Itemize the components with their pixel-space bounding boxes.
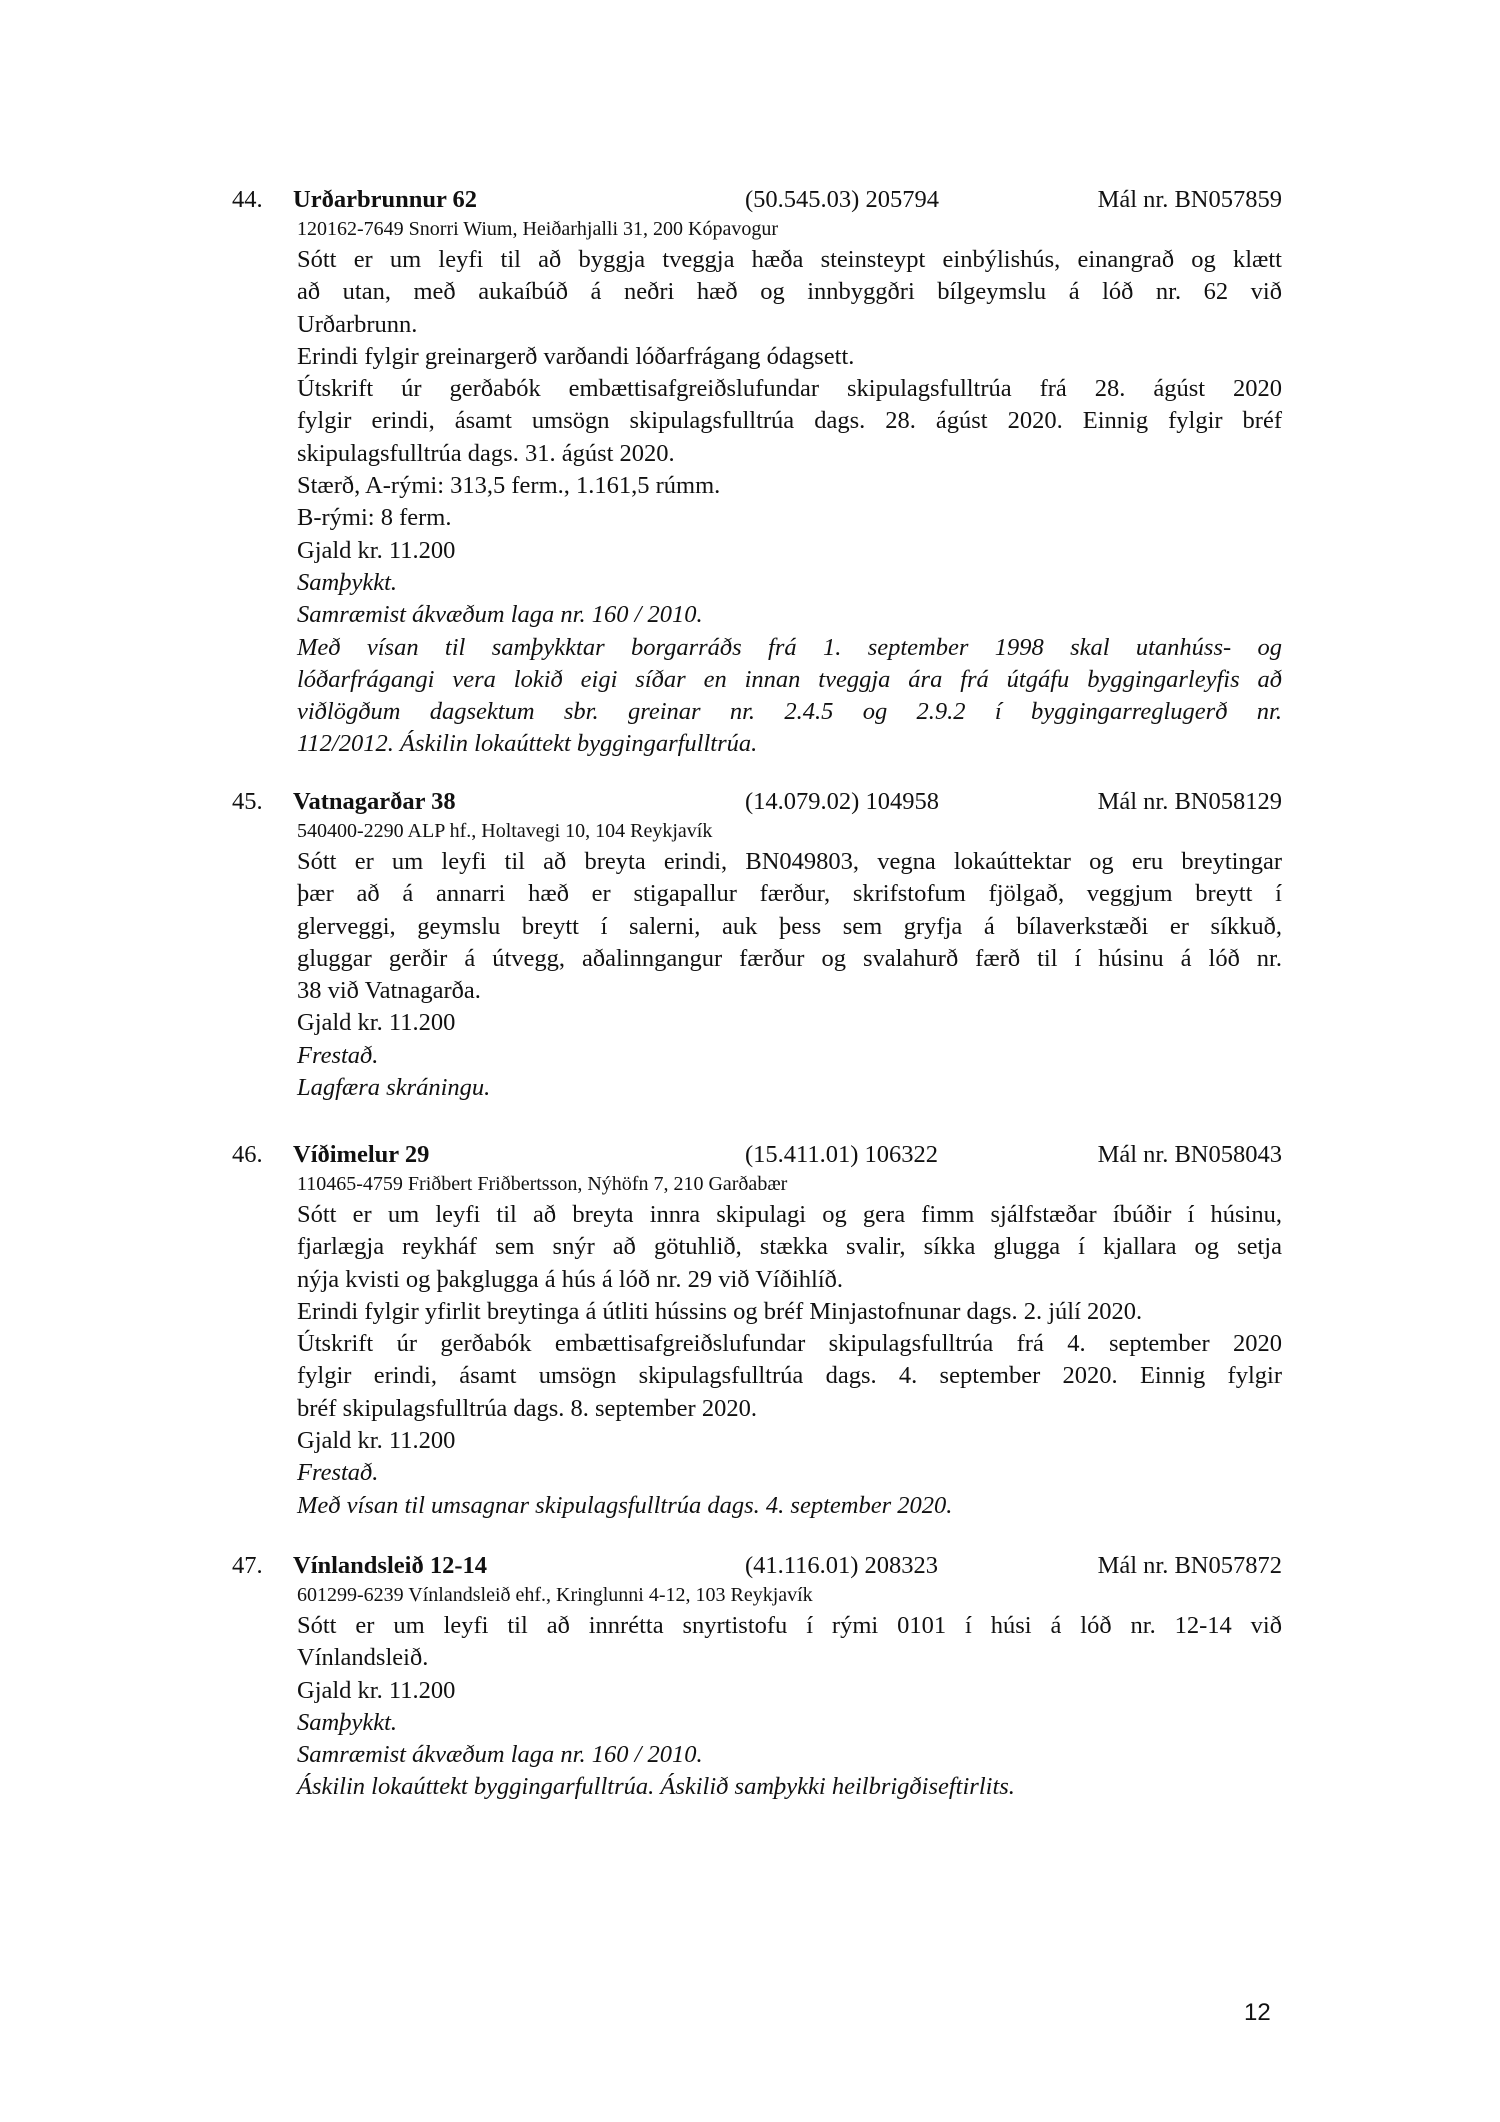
case-heading: 47. Vínlandsleið 12-14 (41.116.01) 20832… [232,1550,1282,1582]
description-line: Stærð, A-rými: 313,5 ferm., 1.161,5 rúmm… [297,470,1282,502]
case-body: Sótt er um leyfi til að byggja tveggja h… [297,244,1282,761]
case-item: 45. Vatnagarðar 38 (14.079.02) 104958 Má… [232,786,1282,1104]
case-title: Vínlandsleið 12-14 [293,1550,487,1582]
case-body: Sótt er um leyfi til að innrétta snyrtis… [297,1610,1282,1804]
case-title: Urðarbrunnur 62 [293,184,477,216]
decision-text-line: Samræmist ákvæðum laga nr. 160 / 2010. [297,599,1282,631]
description-line: Vínlandsleið. [297,1642,1282,1674]
case-reference: Mál nr. BN057872 [1098,1550,1282,1582]
case-number: 44. [232,184,263,216]
description-line: gluggar gerðir á útvegg, aðalinngangur f… [297,943,1282,975]
decision-text-line: lóðarfrágangi vera lokið eigi síðar en i… [297,664,1282,696]
description-line: 38 við Vatnagarða. [297,975,1282,1007]
case-reference: Mál nr. BN058129 [1098,786,1282,818]
case-item: 44. Urðarbrunnur 62 (50.545.03) 205794 M… [232,184,1282,761]
decision-text-line: Með vísan til samþykktar borgarráðs frá … [297,632,1282,664]
case-title: Víðimelur 29 [293,1139,429,1171]
description-line: fylgir erindi, ásamt umsögn skipulagsful… [297,1360,1282,1392]
description-line: Erindi fylgir greinargerð varðandi lóðar… [297,341,1282,373]
description-line: Gjald kr. 11.200 [297,1425,1282,1457]
decision-text-line: Með vísan til umsagnar skipulagsfulltrúa… [297,1490,1282,1522]
description-line: að utan, með aukaíbúð á neðri hæð og inn… [297,276,1282,308]
description-line: Sótt er um leyfi til að breyta innra ski… [297,1199,1282,1231]
description-line: þær að á annarri hæð er stigapallur færð… [297,878,1282,910]
case-number: 47. [232,1550,263,1582]
description-line: Sótt er um leyfi til að breyta erindi, B… [297,846,1282,878]
applicant-line: 120162-7649 Snorri Wium, Heiðarhjalli 31… [297,216,1282,244]
case-number: 45. [232,786,263,818]
description-line: Gjald kr. 11.200 [297,1007,1282,1039]
applicant-line: 540400-2290 ALP hf., Holtavegi 10, 104 R… [297,818,1282,846]
case-heading: 45. Vatnagarðar 38 (14.079.02) 104958 Má… [232,786,1282,818]
description-line: Sótt er um leyfi til að innrétta snyrtis… [297,1610,1282,1642]
description-line: Útskrift úr gerðabók embættisafgreiðsluf… [297,1328,1282,1360]
description-line: Gjald kr. 11.200 [297,1675,1282,1707]
decision-text-line: Áskilin lokaúttekt byggingarfulltrúa. Ás… [297,1771,1282,1803]
description-line: bréf skipulagsfulltrúa dags. 8. septembe… [297,1393,1282,1425]
case-heading: 44. Urðarbrunnur 62 (50.545.03) 205794 M… [232,184,1282,216]
applicant-line: 601299-6239 Vínlandsleið ehf., Kringlunn… [297,1582,1282,1610]
description-line: fylgir erindi, ásamt umsögn skipulagsful… [297,405,1282,437]
applicant-line: 110465-4759 Friðbert Friðbertsson, Nýhöf… [297,1171,1282,1199]
decision-text-line: 112/2012. Áskilin lokaúttekt byggingarfu… [297,728,1282,760]
case-body: Sótt er um leyfi til að breyta innra ski… [297,1199,1282,1522]
decision-text-line: Samþykkt. [297,1707,1282,1739]
decision-text-line: Frestað. [297,1457,1282,1489]
description-line: Útskrift úr gerðabók embættisafgreiðsluf… [297,373,1282,405]
description-line: glerveggi, geymslu breytt í salerni, auk… [297,911,1282,943]
description-line: skipulagsfulltrúa dags. 31. ágúst 2020. [297,438,1282,470]
decision-text-line: Frestað. [297,1040,1282,1072]
case-item: 46. Víðimelur 29 (15.411.01) 106322 Mál … [232,1139,1282,1522]
description-line: Erindi fylgir yfirlit breytinga á útliti… [297,1296,1282,1328]
decision-text-line: viðlögðum dagsektum sbr. greinar nr. 2.4… [297,696,1282,728]
decision-text-line: Samræmist ákvæðum laga nr. 160 / 2010. [297,1739,1282,1771]
decision-text-line: Samþykkt. [297,567,1282,599]
parcel-id: (14.079.02) 104958 [745,786,939,818]
parcel-id: (50.545.03) 205794 [745,184,939,216]
description-line: Gjald kr. 11.200 [297,535,1282,567]
case-body: Sótt er um leyfi til að breyta erindi, B… [297,846,1282,1104]
case-reference: Mál nr. BN058043 [1098,1139,1282,1171]
case-reference: Mál nr. BN057859 [1098,184,1282,216]
parcel-id: (41.116.01) 208323 [745,1550,938,1582]
description-line: fjarlægja reykháf sem snýr að götuhlið, … [297,1231,1282,1263]
description-line: Sótt er um leyfi til að byggja tveggja h… [297,244,1282,276]
case-number: 46. [232,1139,263,1171]
description-line: Urðarbrunn. [297,309,1282,341]
parcel-id: (15.411.01) 106322 [745,1139,938,1171]
case-title: Vatnagarðar 38 [293,786,456,818]
description-line: nýja kvisti og þakglugga á hús á lóð nr.… [297,1264,1282,1296]
decision-text-line: Lagfæra skráningu. [297,1072,1282,1104]
document-page: 44. Urðarbrunnur 62 (50.545.03) 205794 M… [0,0,1500,2122]
description-line: B-rými: 8 ferm. [297,502,1282,534]
page-number: 12 [1244,1999,1271,2027]
case-heading: 46. Víðimelur 29 (15.411.01) 106322 Mál … [232,1139,1282,1171]
case-item: 47. Vínlandsleið 12-14 (41.116.01) 20832… [232,1550,1282,1804]
